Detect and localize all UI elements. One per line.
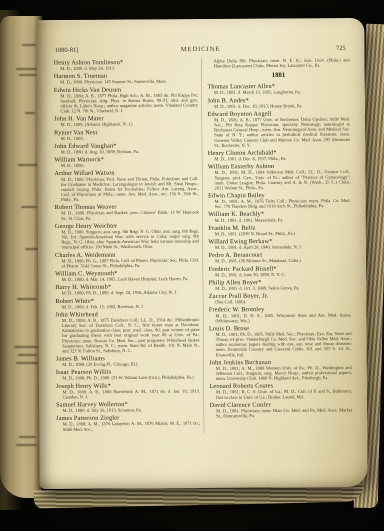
directory-entry: Henry Clinton Archibald* M. D., 1881. d.… bbox=[208, 149, 351, 162]
directory-entry: Charles A. Weidemann M. D., 1880; Ph. G.… bbox=[55, 251, 199, 269]
facing-page-text-fragment bbox=[17, 298, 37, 300]
directory-entry: Edwin Hicks Van Deusen M. D., 1880; A. B… bbox=[54, 86, 198, 114]
directory-entry: William C. Weymouth* M. D., 1880. d. Mar… bbox=[55, 270, 199, 283]
entry-detail: M. D., 1881; A. M., 1876 Tufts Coll.; Ph… bbox=[208, 198, 351, 209]
entry-detail: M. D., 1881. d. Dec. 10, 1913, Honey Bro… bbox=[207, 103, 350, 109]
page-header: 1880-81] MEDICINE 725 bbox=[54, 44, 348, 54]
right-column-entries: Thomas Lancaster Allen* M. D., 1881. d. … bbox=[207, 83, 352, 419]
facing-page-text-fragment bbox=[22, 44, 36, 46]
entry-detail: M. D., 1881; A. B., 1877 Univ. of Roches… bbox=[208, 116, 351, 147]
directory-entry: William Warnock* M. D., 1880. bbox=[54, 156, 198, 169]
entry-detail: M. D., 1880; Ph. D., 1880. (31 W. Walnut… bbox=[56, 375, 200, 381]
directory-entry: Arthur Willard Watson M. D., 1886. Physi… bbox=[54, 169, 198, 202]
entry-detail: M. D., 1880; Ph. D., 1880. d. Sept. 28, … bbox=[55, 290, 199, 296]
left-column: Henry Ashton Tomlinson* M. D., 1880. d. … bbox=[54, 59, 201, 434]
facing-page-edge bbox=[0, 16, 42, 498]
section-year-header: 1881 bbox=[207, 71, 350, 80]
directory-entry: Edward Boynton Angell M. D., 1881; A. B.… bbox=[208, 110, 351, 148]
entry-detail: M. D., 1886. Physician; Prof. Nose and T… bbox=[54, 176, 198, 202]
directory-entry: Rynier Van Nest M. D., 1880. bbox=[54, 128, 198, 141]
directory-entry: Joseph Henry Wills* M. D., 1880; A. B., … bbox=[56, 382, 200, 400]
facing-page-text-fragment bbox=[25, 112, 35, 114]
entry-detail: M. D., 1880. Physician. 145 Sumner St., … bbox=[54, 79, 198, 85]
entry-detail: M. D., 1881. d. Dec. 8, 1937, Phila., Pa… bbox=[208, 155, 351, 161]
entry-detail: M. D., 1881. (2038 N. Broad St., Phila.,… bbox=[208, 230, 351, 236]
printed-content: 1880-81] MEDICINE 725 Henry Ashton Tomli… bbox=[54, 44, 357, 434]
directory-entry: Frederic Packard Bissell* M. D., 1881. d… bbox=[209, 265, 352, 278]
directory-entry: Zaccur Prall Boyer, Jr. (See Coll. 1880)… bbox=[209, 292, 352, 305]
entry-detail: M. D., 1881. Physician; mem. Blair Co. M… bbox=[210, 407, 353, 418]
book-photo: 1880-81] MEDICINE 725 Henry Ashton Tomli… bbox=[0, 0, 384, 531]
entry-detail: M. D., 1880. Surgeon; asst. surg. 8th Re… bbox=[55, 228, 199, 249]
facing-page-text-fragment bbox=[16, 362, 38, 364]
directory-entry: Thomas Lancaster Allen* M. D., 1881. d. … bbox=[207, 83, 350, 96]
entry-detail: M. D., 1880. Physician and Banker; pres.… bbox=[55, 210, 199, 221]
entry-detail: M. D., 1880. d. Feb. 15, 1882, Riverton,… bbox=[55, 303, 199, 309]
entry-detail: M. D., 1881. d. Oct. 3, 1889, Selins Gro… bbox=[209, 285, 352, 291]
entry-detail: M. D., 1880. d. July 26, 1913, Scranton,… bbox=[56, 407, 200, 413]
directory-entry: Frederic W. Bromley M. D., 1881; D. D. S… bbox=[209, 306, 352, 324]
directory-entry: William Easterby Ashton M. D., 1881; M. … bbox=[208, 163, 351, 191]
directory-entry: Leonard Roberts Coates M. D., 1881; R. C… bbox=[209, 382, 352, 400]
directory-entry: Edwin Chapin Bailey M. D., 1881; A. M., … bbox=[208, 191, 351, 209]
facing-page-text-fragment bbox=[19, 74, 37, 76]
directory-entry: William K. Beachly* M. D., 1881. d. 1881… bbox=[208, 210, 351, 223]
entry-detail: M. D., 1881. d. April 28, 1940, Annandal… bbox=[208, 244, 351, 250]
entry-detail: M. D., 1880. bbox=[54, 135, 198, 141]
entry-detail: M. D., 1880; Ph. G., 1887 Phila. Coll. o… bbox=[55, 257, 199, 268]
facing-page-text-fragment bbox=[18, 354, 37, 356]
facing-page-text-fragment bbox=[16, 444, 37, 446]
directory-entry: Robert Thomas Weaver M. D., 1880. Physic… bbox=[55, 203, 199, 221]
entry-continuation: Alpha Delta Phi; Physician; mem. B. E. K… bbox=[207, 57, 350, 68]
entry-detail: M. D., 1888. (Atlantic Highlands, N. J.) bbox=[54, 121, 198, 127]
directory-entry: John Edward Vaughan* M. D., 1880. d. Aug… bbox=[54, 142, 198, 155]
entry-detail: M. D., 1880; A. B., 1875 Davidson Coll.;… bbox=[55, 317, 199, 354]
entry-detail: M. D., 1880. d. Aug. 10, 1889, Brisban, … bbox=[54, 149, 198, 155]
directory-entry: Harmon S. Trueman M. D., 1880. Physician… bbox=[54, 72, 198, 85]
directory-entry: John H. Van Mater M. D., 1888. (Atlantic… bbox=[54, 115, 198, 128]
entry-detail: M. D., 1881. (36 Milanes St., Matanzas, … bbox=[209, 258, 352, 264]
entry-detail: M. D., 1880; A. M., 1876 Lafayette; A. M… bbox=[56, 421, 200, 432]
text-columns: Henry Ashton Tomlinson* M. D., 1880. d. … bbox=[54, 57, 353, 433]
entry-detail: M. D., 1881. d. March 13, 1881, Langhorn… bbox=[207, 89, 350, 95]
entry-detail: M. D., 1881; A. M., 1888 Western Univ. o… bbox=[209, 365, 352, 381]
directory-entry: Isaac Pearson Willits M. D., 1880; Ph. D… bbox=[56, 368, 200, 381]
entry-detail: M. D., 1881; R. C. S. Univ. of Ga.; M. D… bbox=[209, 389, 352, 400]
page-number: 725 bbox=[336, 44, 346, 52]
facing-page-text-fragment bbox=[19, 436, 36, 438]
facing-page-text-fragment bbox=[16, 68, 38, 70]
directory-entry: Louis D. Brose M. D., 1881; Ph. D., 1885… bbox=[209, 324, 352, 357]
running-title: MEDICINE bbox=[54, 44, 348, 54]
entry-detail: M. D., 1881; M. D., 1884 Jefferson Med. … bbox=[208, 169, 351, 190]
directory-entry: David Clarence Confer M. D., 1881. Physi… bbox=[210, 401, 353, 419]
entry-detail: M. D., 1880. d. Mar. 14, 1905, Lock Have… bbox=[55, 276, 199, 282]
right-column: Alpha Delta Phi; Physician; mem. B. E. K… bbox=[201, 57, 352, 432]
entry-detail: M. D., 1881. d. June 30, 1898, N. Y. C. bbox=[209, 271, 352, 277]
entry-detail: M. D., 1881; Ph. D., 1885. Stillé Med. S… bbox=[209, 331, 352, 357]
entry-detail: M. D., 1880; A. B., 1877 Phila. High Sch… bbox=[54, 92, 198, 113]
directory-entry: Harry H. Whitcomb* M. D., 1880; Ph. D., … bbox=[55, 283, 199, 296]
directory-entry: James B. Williams M. D., 1880. (28 Ewing… bbox=[56, 355, 200, 368]
directory-entry: Pedro A. Betancourt M. D., 1881. (36 Mil… bbox=[208, 251, 351, 264]
directory-entry: Robert White* M. D., 1880. d. Feb. 15, 1… bbox=[55, 297, 199, 310]
directory-entry: George Henry Weichter M. D., 1880. Surge… bbox=[55, 222, 199, 250]
entry-detail: M. D., 1880. bbox=[54, 162, 198, 168]
entry-detail: M. D., 1880. (28 Ewing Pl., Chicago, Ill… bbox=[56, 361, 200, 367]
facing-page-text-fragment bbox=[25, 248, 38, 250]
directory-entry: Willard Ewing Berkaw* M. D., 1881. d. Ap… bbox=[208, 237, 351, 250]
entry-detail: M. D., 1881; D. D. S., 1885. Wisconsin S… bbox=[209, 312, 352, 323]
book-page: 1880-81] MEDICINE 725 Henry Ashton Tomli… bbox=[36, 18, 367, 489]
facing-page-text-fragment bbox=[18, 164, 38, 166]
directory-entry: Franklin M. Beltz M. D., 1881. (2038 N. … bbox=[208, 224, 351, 237]
directory-entry: Samuel Harvey Wollerton* M. D., 1880. d.… bbox=[56, 401, 200, 414]
facing-page-text-fragment bbox=[21, 206, 37, 208]
entry-detail: (See Coll. 1880). bbox=[209, 299, 352, 305]
directory-entry: Philip Allen Boyer* M. D., 1881. d. Oct.… bbox=[209, 278, 352, 291]
directory-entry: James Patterson Ziegler M. D., 1880; A. … bbox=[56, 414, 200, 432]
facing-page-text-fragment bbox=[14, 346, 38, 348]
entry-detail: M. D., 1880. d. May 24, 1913. bbox=[54, 65, 198, 71]
directory-entry: John Whitehead M. D., 1880; A. B., 1875 … bbox=[55, 310, 199, 353]
entry-detail: M. D., 1880; A. B., 1868 Haverford; A. M… bbox=[56, 388, 200, 399]
entry-detail: M. D., 1881. d. 1881, Meyersdale, Pa. bbox=[208, 217, 351, 223]
directory-entry: Henry Ashton Tomlinson* M. D., 1880. d. … bbox=[54, 59, 198, 72]
directory-entry: John Jenkins Buchanan M. D., 1881; A. M.… bbox=[209, 358, 352, 381]
directory-entry: John B. Andes* M. D., 1881. d. Dec. 10, … bbox=[207, 96, 350, 109]
